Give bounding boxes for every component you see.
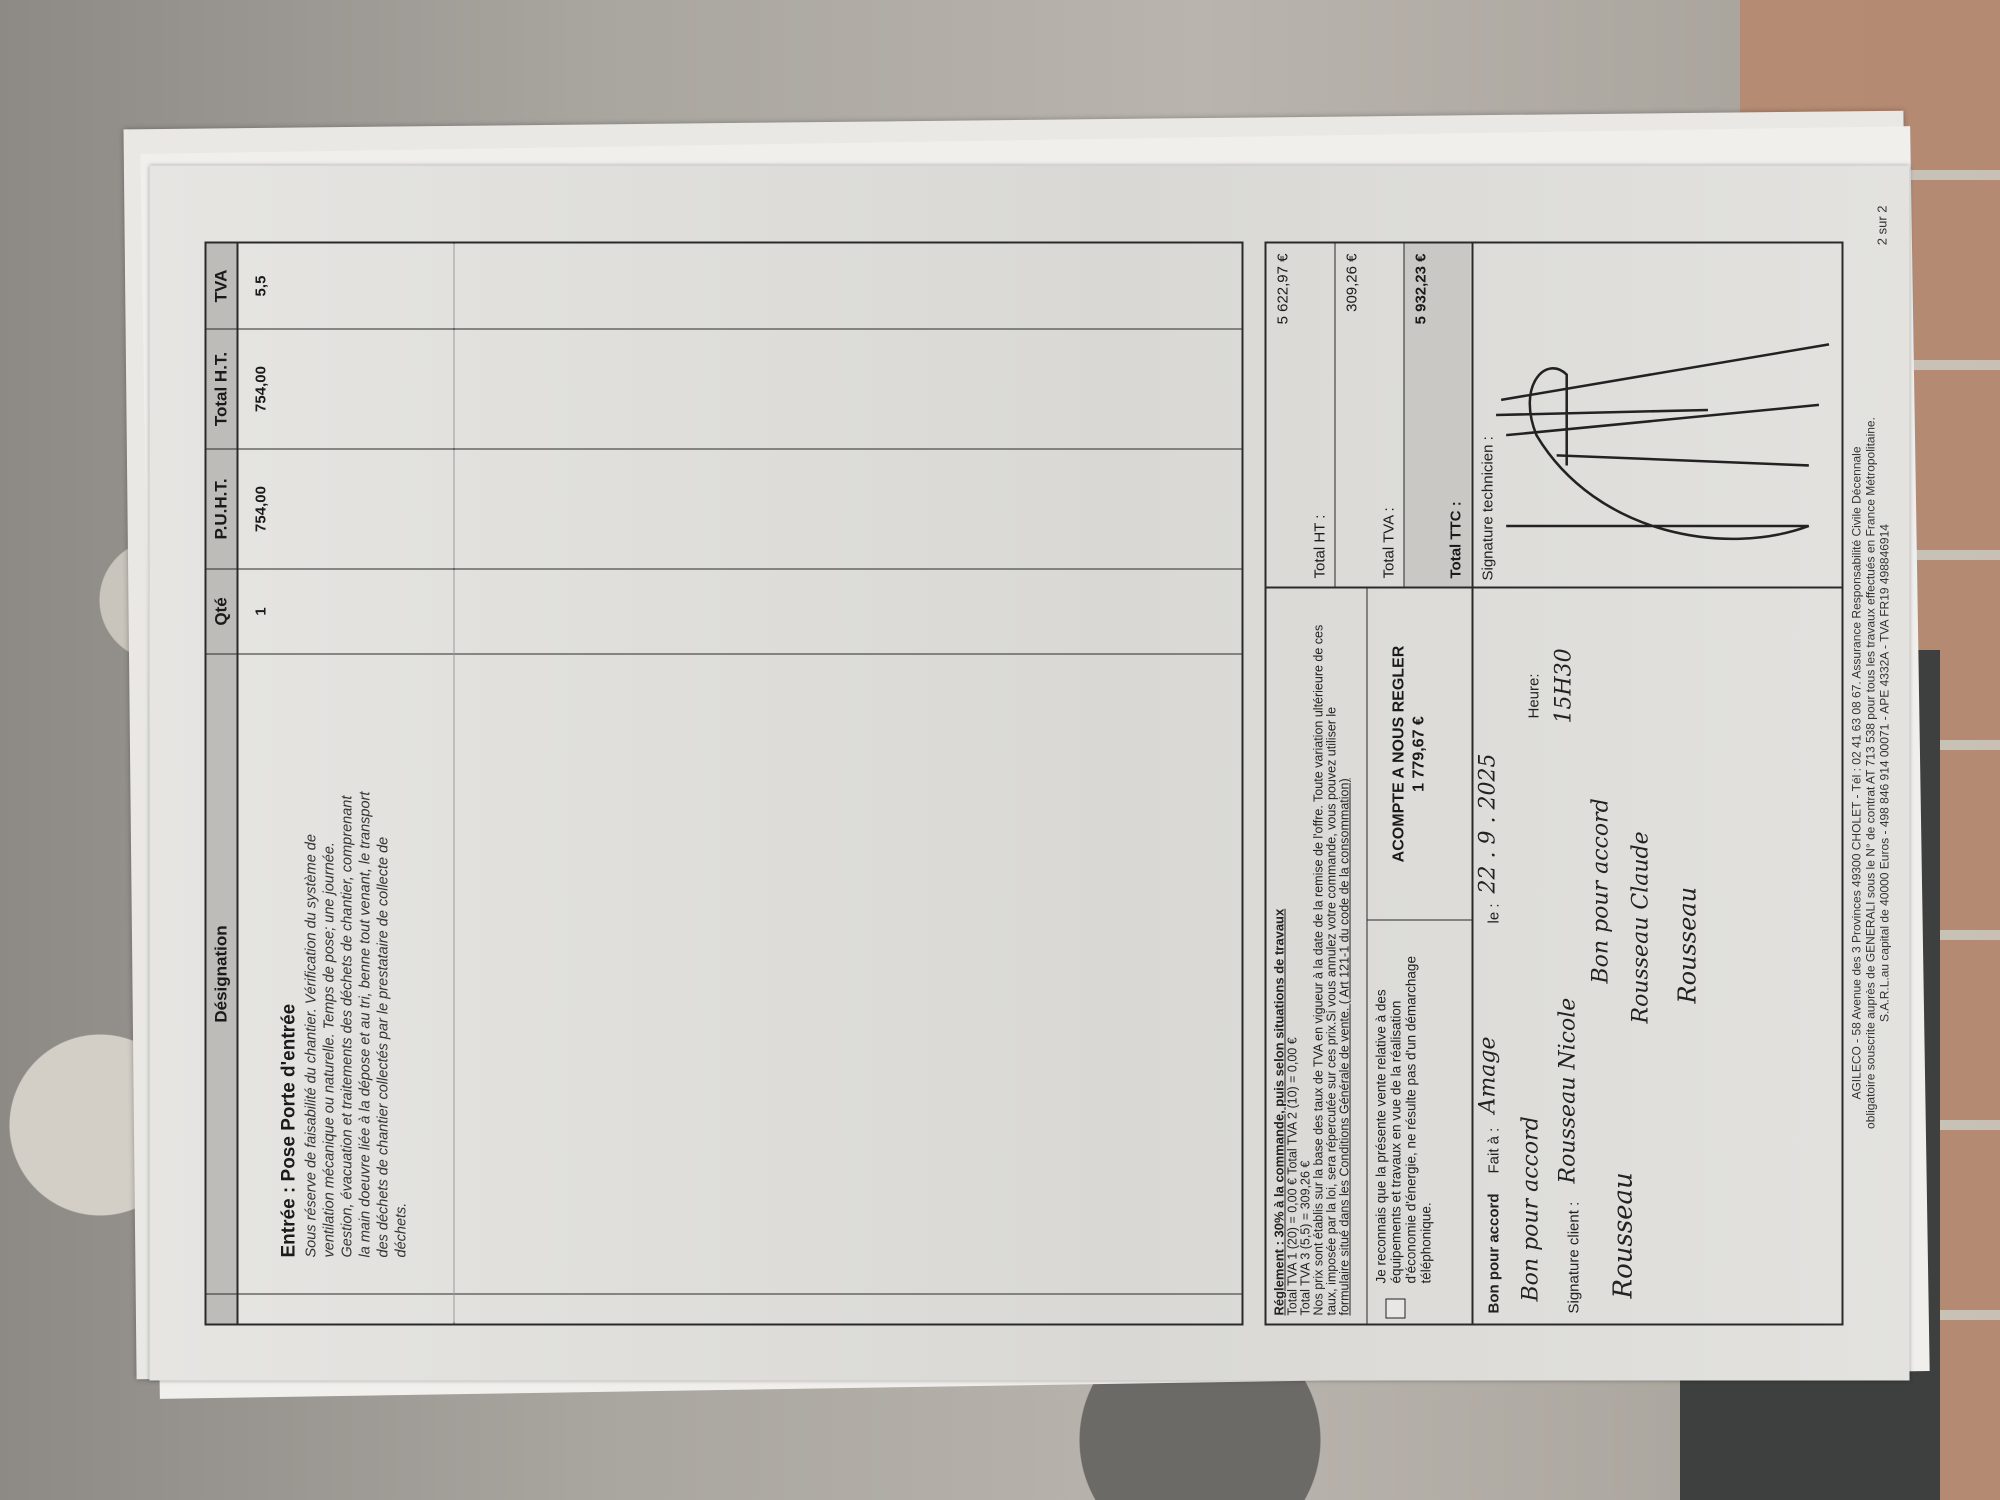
tva-cell: 5,5 [239, 244, 1242, 329]
total-tva-row: Total TVA : 309,26 € [1336, 244, 1405, 587]
heure-label: Heure: [1526, 673, 1543, 718]
reglement-text: Réglement : 30% à la commande, puis selo… [1272, 909, 1287, 1316]
header-puht: P.U.H.T. [207, 449, 237, 569]
client-signature-area: Bon pour accord Fait à : Amage le : 22 .… [1474, 587, 1842, 1324]
acknowledgement: Je reconnais que la présente vente relat… [1368, 920, 1473, 1324]
fait-a-label: Fait à : [1486, 1128, 1503, 1174]
client-signature-1: Rousseau [1609, 1172, 1639, 1298]
page-number: 2 sur 2 [1875, 206, 1890, 246]
puht-cell: 754,00 [239, 449, 1242, 569]
client-signature-2: Rousseau [1674, 887, 1702, 1004]
footer-line-1: AGILECO - 58 Avenue des 3 Provinces 4930… [1850, 166, 1864, 1381]
total-ht-row: Total HT : 5 622,97 € [1267, 244, 1336, 587]
client-name-1: Rousseau Nicole [1556, 998, 1581, 1184]
le-label: le : [1486, 903, 1503, 923]
acknowledgement-text: Je reconnais que la présente vente relat… [1374, 956, 1434, 1283]
total-ttc-value: 5 932,23 € [1413, 254, 1430, 325]
technician-signature-area: Signature technicien : [1474, 244, 1842, 587]
legal-text: Nos prix sont établis sur la base des ta… [1313, 597, 1339, 1316]
summary-section: Réglement : 30% à la commande, puis selo… [1265, 242, 1844, 1326]
bon-pour-accord-label: Bon pour accord [1486, 1193, 1503, 1313]
row-separator [454, 244, 455, 1324]
total-ttc-row: Total TTC : 5 932,23 € [1405, 244, 1471, 587]
total-ht-value: 5 622,97 € [1275, 254, 1292, 325]
legal-text-2: formulaire situé dans les Conditions Gén… [1339, 597, 1352, 1316]
table-header: Désignation Qté P.U.H.T. Total H.T. TVA [207, 244, 239, 1324]
qte-cell: 1 [239, 569, 1242, 654]
heure-value: 15H30 [1552, 648, 1577, 723]
header-blank [207, 1294, 237, 1324]
le-value: 22 . 9 . 2025 [1476, 754, 1501, 894]
item-title: Entrée : Pose Porte d'entrée [279, 675, 301, 1258]
totals-box: Total HT : 5 622,97 € Total TVA : 309,26… [1267, 244, 1474, 587]
fait-a-value: Amage [1476, 1037, 1501, 1114]
deposit-box: ACOMPTE A NOUS REGLER 1 779,67 € [1368, 589, 1473, 920]
technician-signature-scribble [1474, 244, 1842, 587]
header-qte: Qté [207, 569, 237, 654]
total-tva-value: 309,26 € [1344, 254, 1361, 312]
client-signature-label: Signature client : [1566, 1202, 1583, 1314]
footer-line-2: obligatoire souscrite auprès de GENERALI… [1864, 166, 1878, 1381]
handwritten-accord: Bon pour accord [1519, 1116, 1544, 1301]
header-total-ht: Total H.T. [207, 329, 237, 449]
footer-line-3: S.A.R.L.au capital de 40000 Euros - 498 … [1878, 166, 1892, 1381]
header-tva: TVA [207, 244, 237, 329]
acknowledgement-checkbox[interactable] [1386, 1299, 1406, 1319]
items-table: Désignation Qté P.U.H.T. Total H.T. TVA … [205, 242, 1244, 1326]
header-designation: Désignation [207, 654, 237, 1294]
handwritten-accord-2: Bon pour accord [1589, 798, 1614, 983]
client-name-2: Rousseau Claude [1629, 831, 1654, 1023]
designation-cell: Entrée : Pose Porte d'entrée Sous réserv… [239, 654, 1242, 1294]
deposit-amount: 1 779,67 € [1410, 589, 1430, 920]
deposit-label: ACOMPTE A NOUS REGLER [1390, 589, 1410, 920]
total-ht-label: Total HT : [1312, 515, 1329, 579]
company-footer: AGILECO - 58 Avenue des 3 Provinces 4930… [1850, 166, 1892, 1381]
quote-page: Désignation Qté P.U.H.T. Total H.T. TVA … [150, 166, 1910, 1381]
total-ttc-label: Total TTC : [1448, 501, 1465, 578]
total-tva-label: Total TVA : [1381, 507, 1398, 578]
item-description: Sous réserve de faisabilité du chantier.… [303, 788, 411, 1258]
total-ht-cell: 754,00 [239, 329, 1242, 449]
table-row: Entrée : Pose Porte d'entrée Sous réserv… [239, 244, 1242, 1324]
